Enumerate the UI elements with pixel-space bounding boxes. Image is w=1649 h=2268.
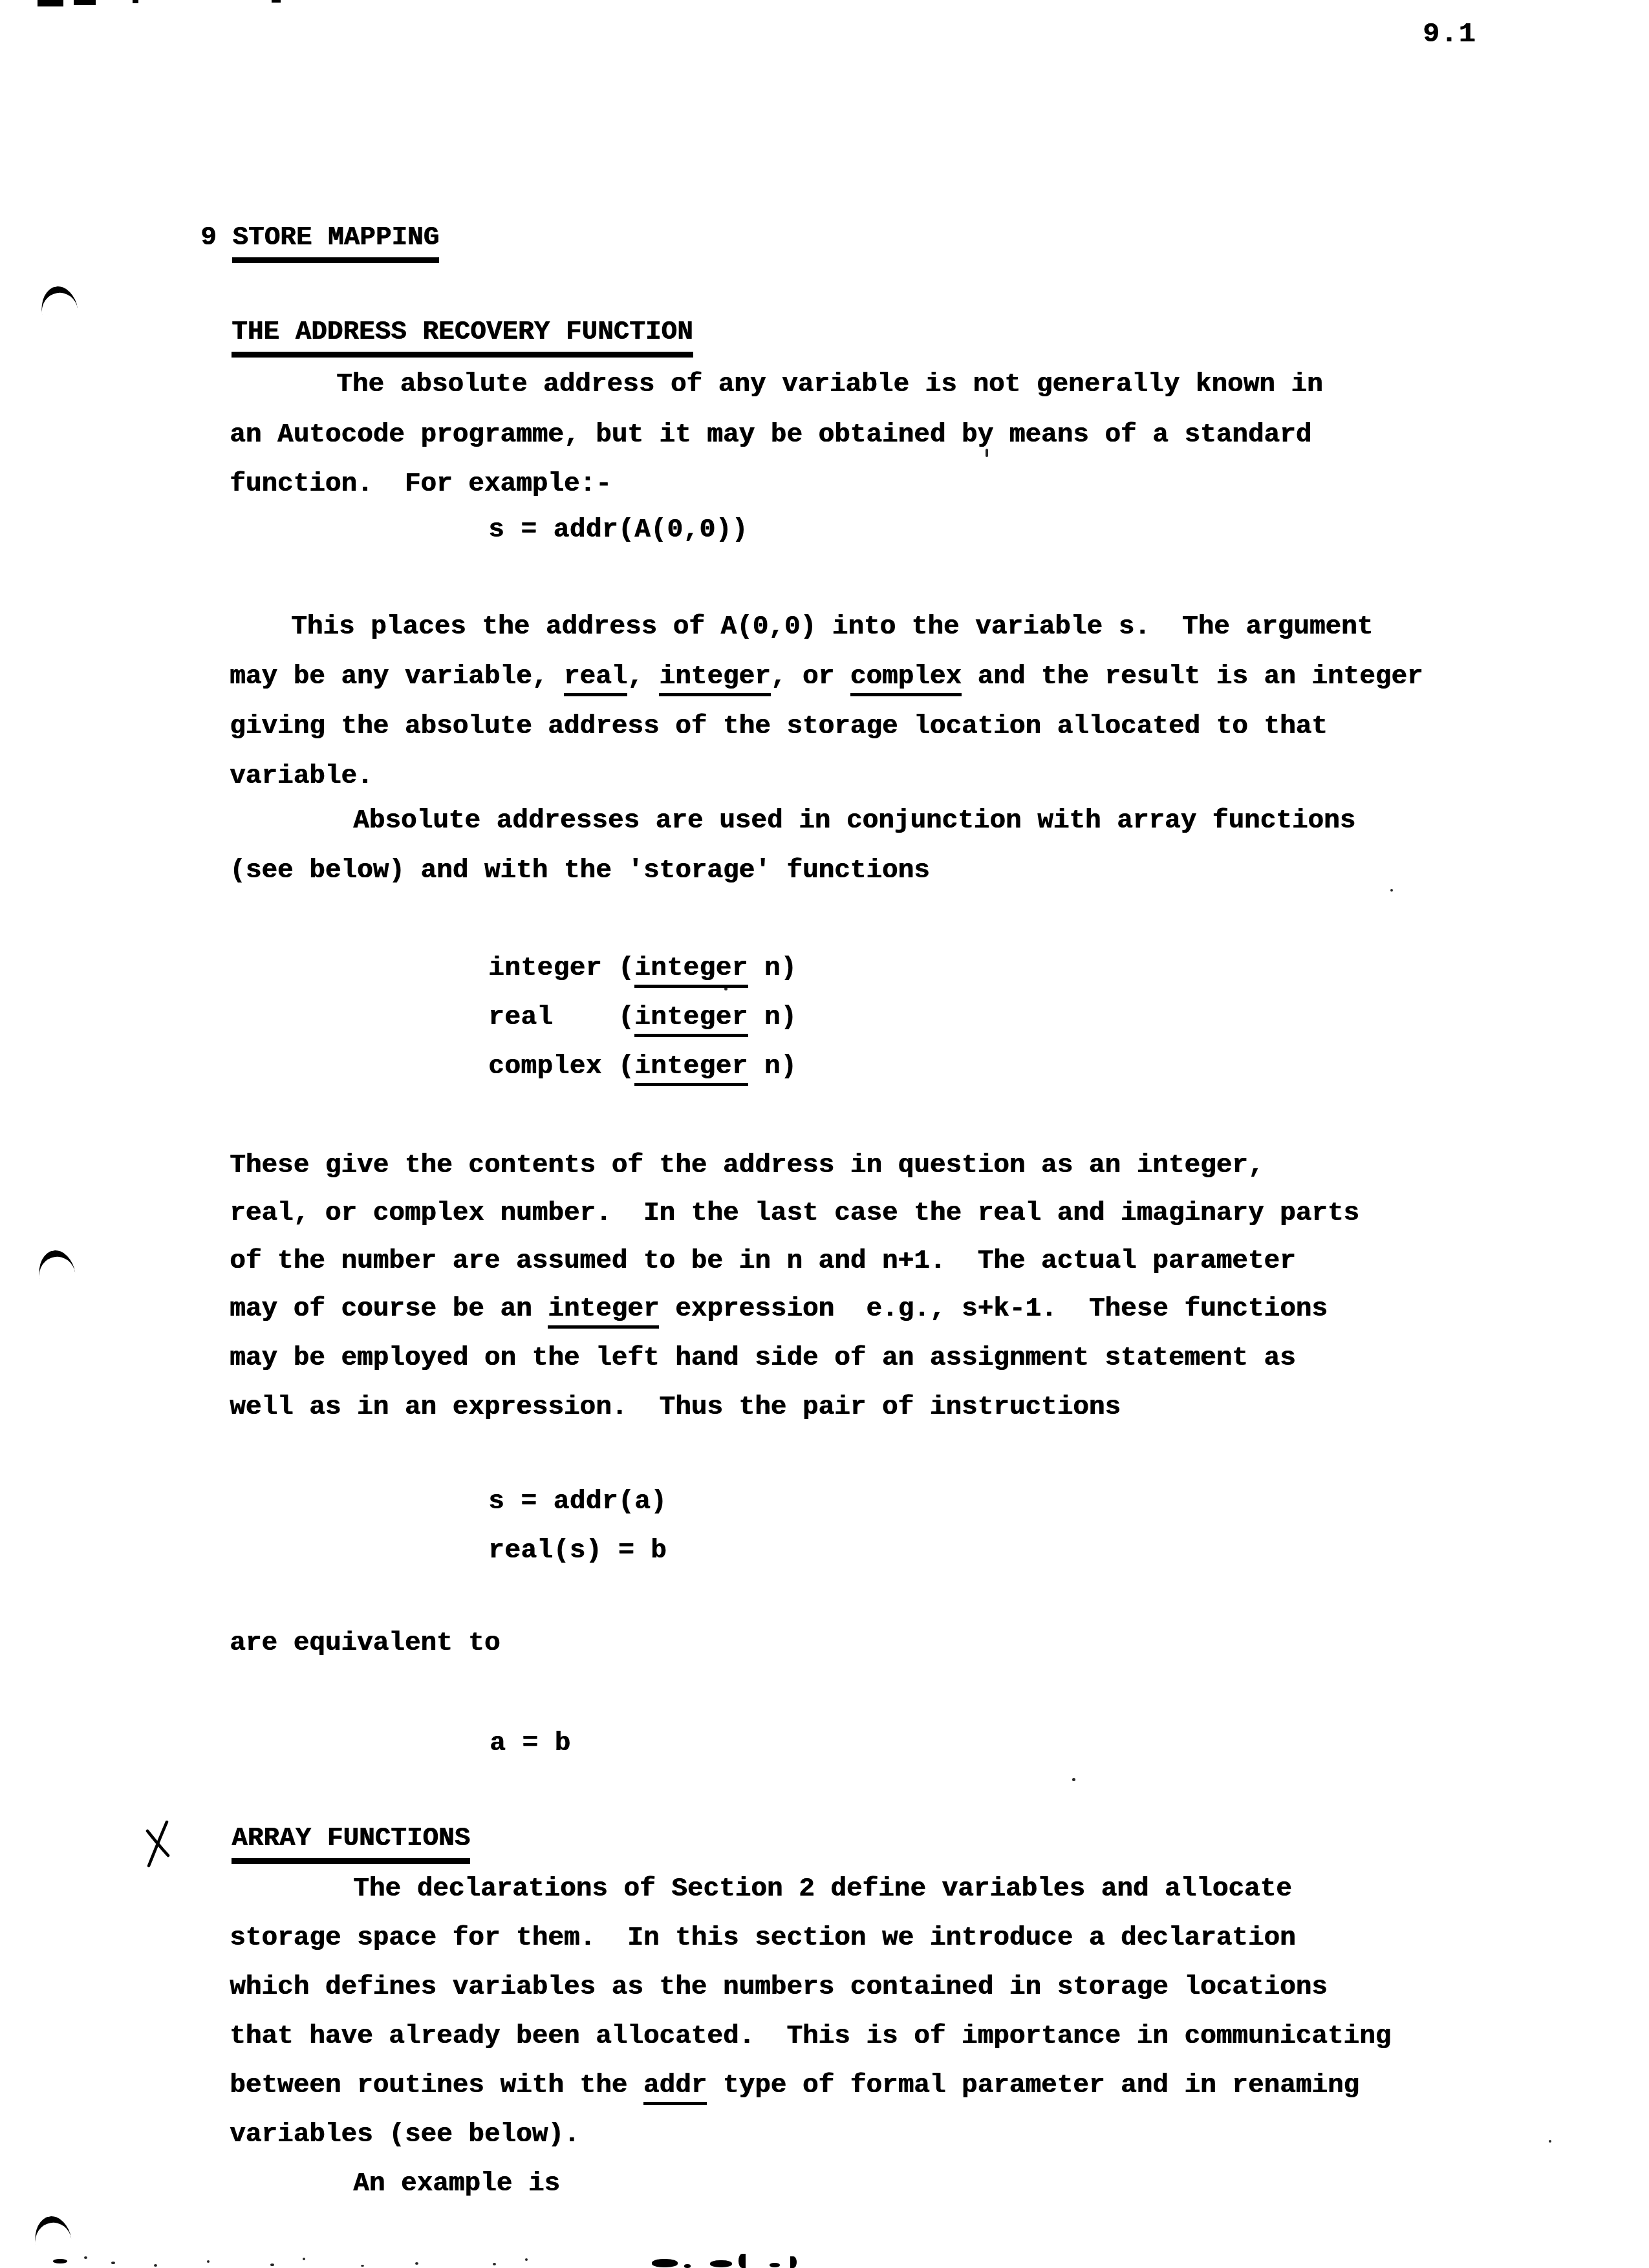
code-line: s = addr(A(0,0)): [488, 517, 748, 544]
code-line: real(s) = b: [488, 1538, 667, 1565]
text-line: Absolute addresses are used in conjuncti…: [353, 808, 1355, 835]
scan-edge-mark-4: [272, 0, 281, 3]
text-line: This places the address of A(0,0) into t…: [291, 614, 1373, 641]
pen-mark-arc-3: [32, 2214, 72, 2247]
text-line: that have already been allocated. This i…: [230, 2024, 1391, 2050]
text-line: variables (see below).: [230, 2122, 579, 2148]
text-line: The absolute address of any variable is …: [336, 372, 1322, 398]
text-line: The declarations of Section 2 define var…: [353, 1876, 1292, 1903]
text-line: These give the contents of the address i…: [230, 1153, 1264, 1179]
text-line: may of course be an integer expression e…: [230, 1296, 1328, 1329]
text-line: well as in an expression. Thus the pair …: [230, 1395, 1121, 1421]
scanned-document-page: 9.1 9 STORE MAPPINGTHE ADDRESS RECOVERY …: [0, 0, 1649, 2268]
pen-x-mark: [145, 1821, 171, 1868]
text-line: function. For example:-: [230, 471, 612, 498]
code-line: s = addr(a): [488, 1489, 667, 1515]
code-line: real (integer n): [488, 1005, 797, 1037]
pen-mark-arc-1: [38, 284, 78, 317]
text-line: variable.: [230, 764, 372, 790]
scan-edge-mark-3: [133, 0, 138, 3]
text-line: real, or complex number. In the last cas…: [230, 1201, 1359, 1227]
text-line: are equivalent to: [230, 1631, 500, 1657]
section-heading: THE ADDRESS RECOVERY FUNCTION: [232, 319, 693, 358]
text-line: giving the absolute address of the stora…: [230, 714, 1328, 740]
text-line: an Autocode programme, but it may be obt…: [230, 422, 1311, 449]
code-line: integer (integer n): [488, 956, 797, 988]
code-line: a = b: [490, 1731, 571, 1757]
text-line: which defines variables as the numbers c…: [230, 1974, 1328, 2001]
text-line: An example is: [353, 2171, 560, 2198]
page-number: 9.1: [1423, 18, 1476, 50]
text-line: (see below) and with the 'storage' funct…: [230, 858, 930, 884]
text-line: may be any variable, real, integer, or c…: [230, 664, 1423, 696]
chapter-heading: 9 STORE MAPPING: [200, 225, 439, 263]
scan-edge-mark-2: [74, 0, 96, 5]
scan-edge-mark-1: [38, 0, 63, 6]
code-line: complex (integer n): [488, 1054, 797, 1086]
text-line: may be employed on the left hand side of…: [230, 1345, 1295, 1372]
pen-mark-arc-2: [36, 1248, 76, 1281]
text-line: between routines with the addr type of f…: [230, 2073, 1359, 2105]
text-line: of the number are assumed to be in n and…: [230, 1248, 1295, 1275]
pen-mark-dash: [53, 2259, 67, 2263]
text-line: storage space for them. In this section …: [230, 1925, 1295, 1952]
section-heading: ARRAY FUNCTIONS: [232, 1826, 470, 1864]
